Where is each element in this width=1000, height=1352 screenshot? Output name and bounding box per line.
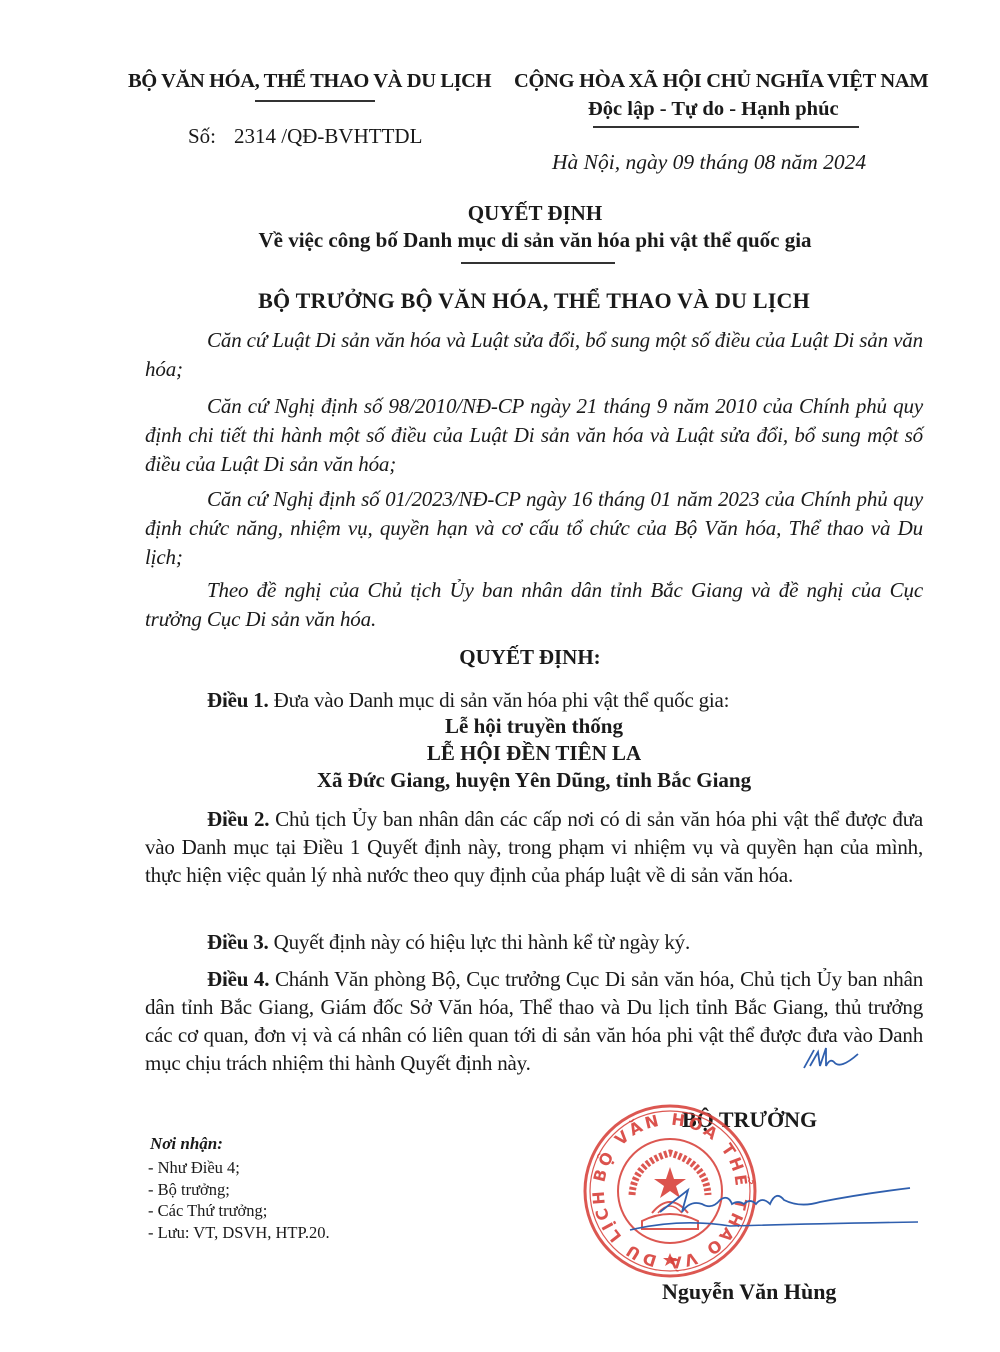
subject-underline: [461, 262, 615, 264]
initials-mark-icon: [800, 1040, 860, 1076]
article-3-label: Điều 3.: [207, 930, 269, 954]
article-3-text: Quyết định này có hiệu lực thi hành kể t…: [269, 930, 690, 954]
article-2-label: Điều 2.: [207, 807, 269, 831]
article-1-text: Đưa vào Danh mục di sản văn hóa phi vật …: [269, 688, 730, 712]
heritage-name: LỄ HỘI ĐỀN TIÊN LA: [0, 741, 1000, 766]
recipient-item: - Như Điều 4;: [148, 1157, 330, 1179]
article-4-label: Điều 4.: [207, 967, 269, 991]
document-number-value: 2314 /QĐ-BVHTTDL: [234, 124, 422, 148]
preamble-basis-2: Căn cứ Nghị định số 98/2010/NĐ-CP ngày 2…: [145, 392, 923, 479]
ministry-name: BỘ VĂN HÓA, THỂ THAO VÀ DU LỊCH: [128, 70, 491, 93]
handwritten-signature-icon: [620, 1160, 920, 1240]
article-1-label: Điều 1.: [207, 688, 269, 712]
preamble-proposal: Theo đề nghị của Chủ tịch Ủy ban nhân dâ…: [145, 576, 923, 634]
republic-name: CỘNG HÒA XÃ HỘI CHỦ NGHĨA VIỆT NAM: [514, 70, 928, 93]
preamble-basis-1: Căn cứ Luật Di sản văn hóa và Luật sửa đ…: [145, 326, 923, 384]
issuing-authority: BỘ TRƯỞNG BỘ VĂN HÓA, THỂ THAO VÀ DU LỊC…: [0, 288, 1000, 314]
article-1: Điều 1. Đưa vào Danh mục di sản văn hóa …: [207, 688, 729, 713]
document-subject: Về việc công bố Danh mục di sản văn hóa …: [0, 228, 1000, 253]
ministry-underline: [255, 100, 375, 102]
dateline: Hà Nội, ngày 09 tháng 08 năm 2024: [552, 150, 866, 175]
heritage-type: Lễ hội truyền thống: [0, 714, 1000, 739]
national-motto: Độc lập - Tự do - Hạnh phúc: [588, 98, 839, 121]
recipient-item: - Bộ trưởng;: [148, 1179, 330, 1201]
preamble-basis-3: Căn cứ Nghị định số 01/2023/NĐ-CP ngày 1…: [145, 485, 923, 572]
recipient-item: - Lưu: VT, DSVH, HTP.20.: [148, 1222, 330, 1244]
article-3: Điều 3. Quyết định này có hiệu lực thi h…: [145, 928, 923, 956]
recipients-list: - Như Điều 4; - Bộ trưởng; - Các Thứ trư…: [148, 1157, 330, 1243]
decision-heading: QUYẾT ĐỊNH:: [0, 645, 1000, 670]
signer-name: Nguyễn Văn Hùng: [662, 1279, 836, 1305]
recipients-heading: Nơi nhận:: [150, 1134, 223, 1154]
article-2: Điều 2. Chủ tịch Ủy ban nhân dân các cấp…: [145, 805, 923, 889]
recipient-item: - Các Thứ trưởng;: [148, 1200, 330, 1222]
document-title: QUYẾT ĐỊNH: [0, 201, 1000, 226]
document-number-label: Số:: [188, 124, 216, 148]
heritage-location: Xã Đức Giang, huyện Yên Dũng, tỉnh Bắc G…: [0, 768, 1000, 793]
motto-underline: [593, 126, 859, 128]
document-number: Số:2314 /QĐ-BVHTTDL: [188, 124, 422, 149]
